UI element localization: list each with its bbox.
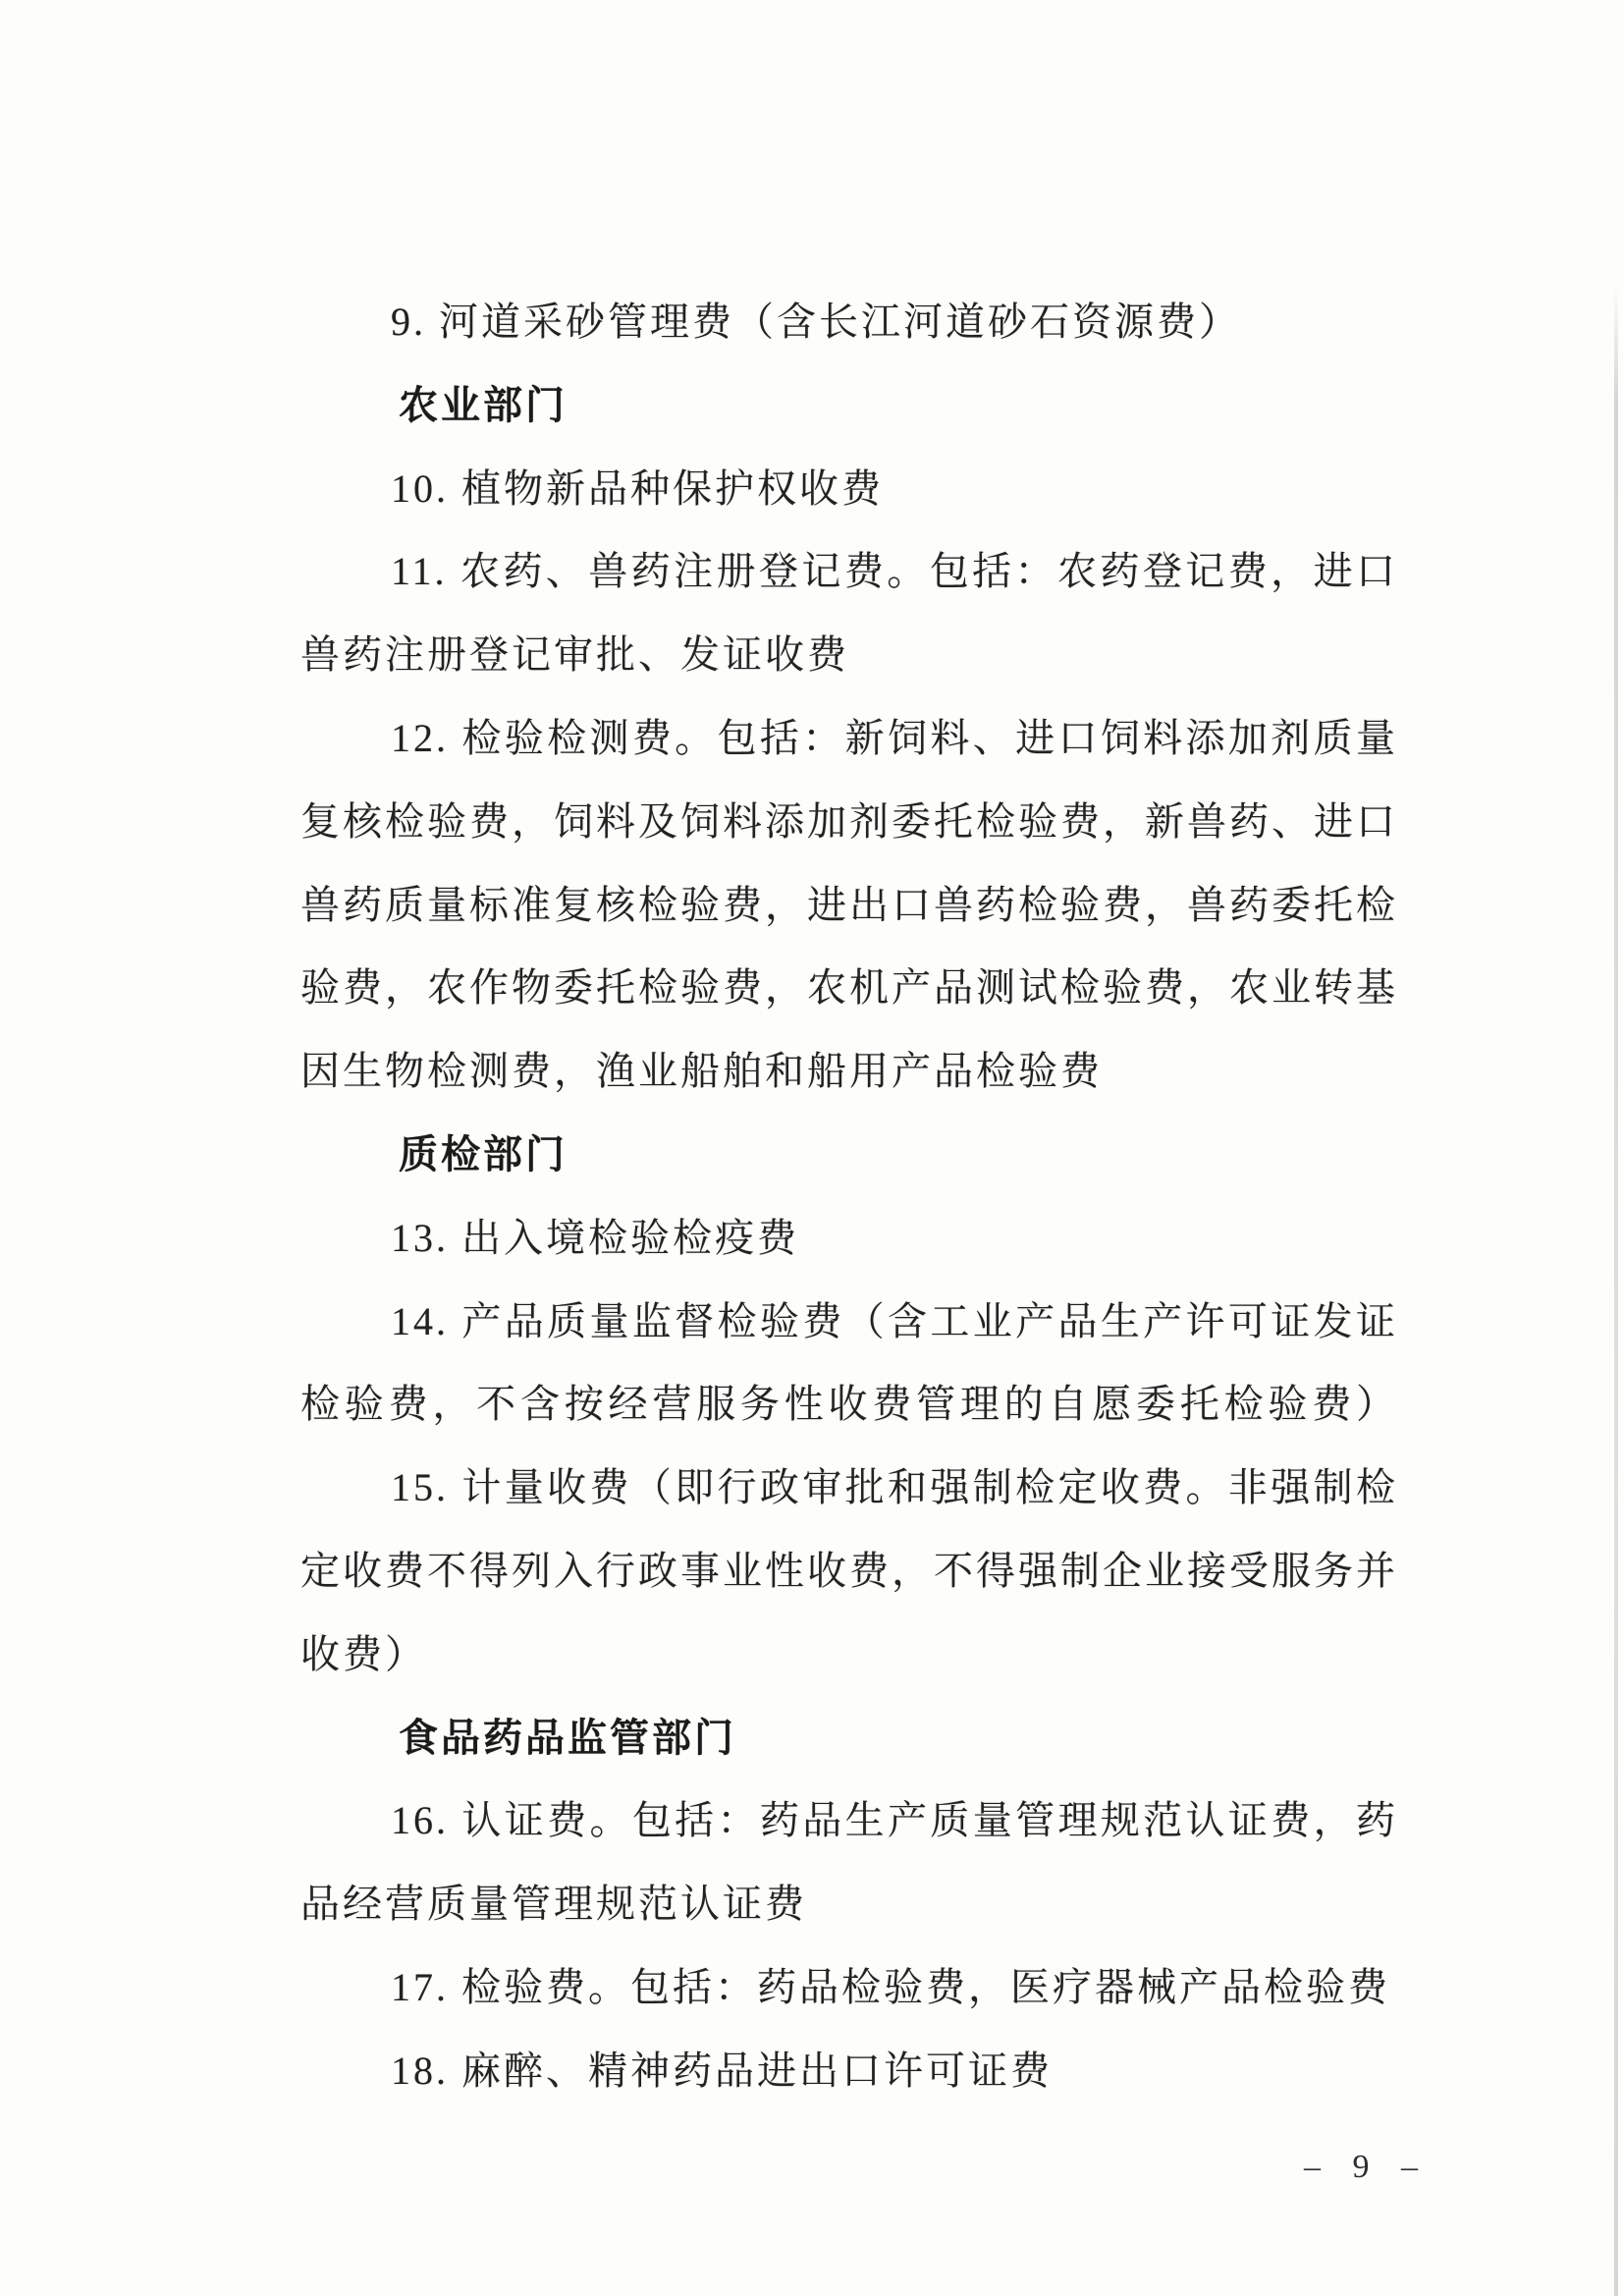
- text-line: 兽药注册登记审批、发证收费: [300, 614, 1398, 697]
- document-body: 9. 河道采砂管理费（含长江河道砂石资源费） 农业部门 10. 植物新品种保护权…: [300, 281, 1398, 2113]
- fee-item-9: 9. 河道采砂管理费（含长江河道砂石资源费）: [300, 281, 1398, 364]
- text-line: 复核检验费，饲料及饲料添加剂委托检验费，新兽药、进口: [300, 781, 1398, 864]
- text-line: 验费，农作物委托检验费，农机产品测试检验费，农业转基: [300, 947, 1398, 1030]
- fee-item-17: 17. 检验费。包括：药品检验费，医疗器械产品检验费: [300, 1946, 1398, 2030]
- scan-edge-artifact: [1614, 285, 1618, 2296]
- text-line: 检验费，不含按经营服务性收费管理的自愿委托检验费）: [300, 1363, 1398, 1447]
- text-line: 16. 认证费。包括：药品生产质量管理规范认证费，药: [300, 1779, 1398, 1863]
- fee-item-16: 16. 认证费。包括：药品生产质量管理规范认证费，药 品经营质量管理规范认证费: [300, 1779, 1398, 1946]
- text-line: 收费）: [300, 1613, 1398, 1697]
- text-line: 10. 植物新品种保护权收费: [300, 448, 1398, 531]
- text-line: 15. 计量收费（即行政审批和强制检定收费。非强制检: [300, 1447, 1398, 1530]
- fee-item-13: 13. 出入境检验检疫费: [300, 1197, 1398, 1281]
- section-heading-label: 质检部门: [300, 1114, 1398, 1197]
- section-heading-quality-inspection-dept: 质检部门: [300, 1114, 1398, 1197]
- text-line: 9. 河道采砂管理费（含长江河道砂石资源费）: [300, 281, 1398, 364]
- text-line: 14. 产品质量监督检验费（含工业产品生产许可证发证: [300, 1281, 1398, 1364]
- fee-item-11: 11. 农药、兽药注册登记费。包括：农药登记费，进口 兽药注册登记审批、发证收费: [300, 530, 1398, 697]
- text-line: 因生物检测费，渔业船舶和船用产品检验费: [300, 1030, 1398, 1114]
- text-line: 18. 麻醉、精神药品进出口许可证费: [300, 2030, 1398, 2113]
- page-number: – 9 –: [1304, 2149, 1430, 2186]
- fee-item-14: 14. 产品质量监督检验费（含工业产品生产许可证发证 检验费，不含按经营服务性收…: [300, 1281, 1398, 1448]
- section-heading-agriculture-dept: 农业部门: [300, 364, 1398, 448]
- text-line: 11. 农药、兽药注册登记费。包括：农药登记费，进口: [300, 530, 1398, 614]
- fee-item-15: 15. 计量收费（即行政审批和强制检定收费。非强制检 定收费不得列入行政事业性收…: [300, 1447, 1398, 1696]
- text-line: 17. 检验费。包括：药品检验费，医疗器械产品检验费: [300, 1946, 1398, 2030]
- section-heading-label: 农业部门: [300, 364, 1398, 448]
- text-line: 兽药质量标准复核检验费，进出口兽药检验费，兽药委托检: [300, 864, 1398, 948]
- fee-item-18: 18. 麻醉、精神药品进出口许可证费: [300, 2030, 1398, 2113]
- fee-item-10: 10. 植物新品种保护权收费: [300, 448, 1398, 531]
- fee-item-12: 12. 检验检测费。包括：新饲料、进口饲料添加剂质量 复核检验费，饲料及饲料添加…: [300, 697, 1398, 1114]
- text-line: 12. 检验检测费。包括：新饲料、进口饲料添加剂质量: [300, 697, 1398, 781]
- section-heading-food-drug-dept: 食品药品监管部门: [300, 1697, 1398, 1780]
- text-line: 品经营质量管理规范认证费: [300, 1863, 1398, 1946]
- document-page: 9. 河道采砂管理费（含长江河道砂石资源费） 农业部门 10. 植物新品种保护权…: [0, 0, 1623, 2296]
- text-line: 13. 出入境检验检疫费: [300, 1197, 1398, 1281]
- section-heading-label: 食品药品监管部门: [300, 1697, 1398, 1780]
- text-line: 定收费不得列入行政事业性收费，不得强制企业接受服务并: [300, 1530, 1398, 1613]
